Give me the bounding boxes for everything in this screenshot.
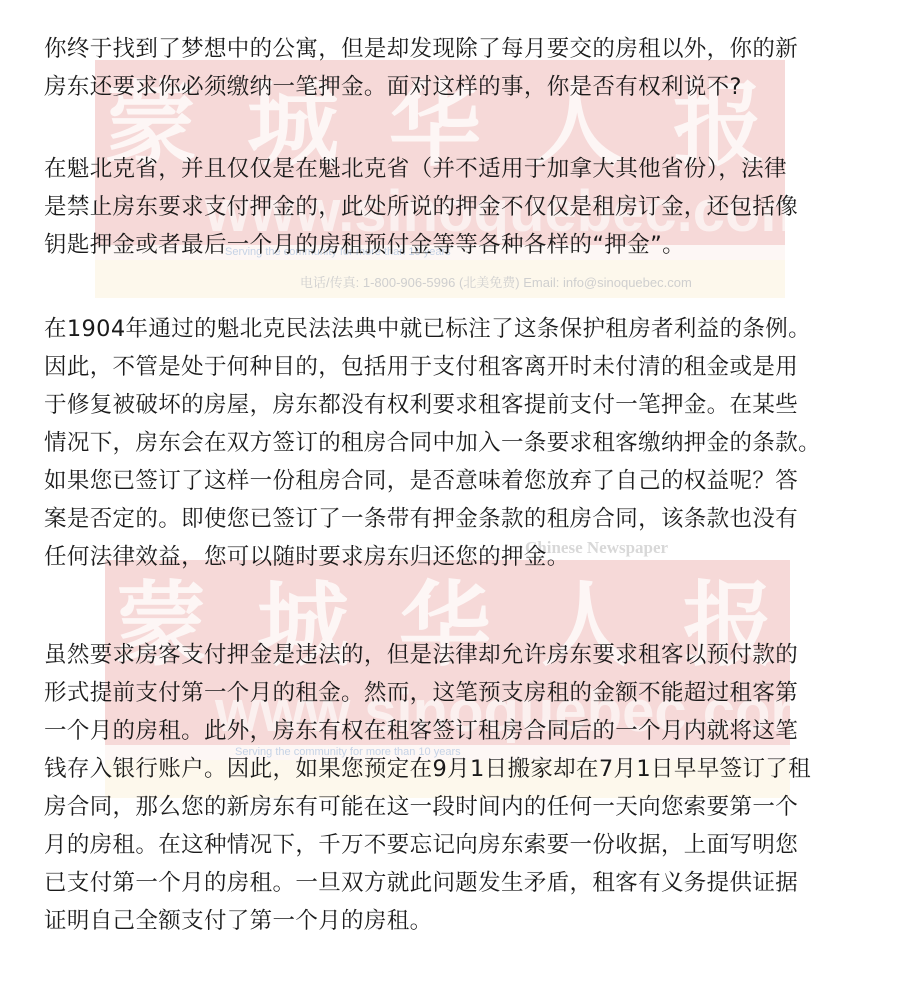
text-line: 虽然要求房客支付押金是违法的，但是法律却允许房东要求租客以预付款的 [44,636,811,674]
text-line: 月的房租。在这种情况下，千万不要忘记向房东索要一份收据，上面写明您 [44,826,811,864]
text-line: 房东还要求你必须缴纳一笔押金。面对这样的事，你是否有权利说不? [44,68,798,106]
text-line: 任何法律效益，您可以随时要求房东归还您的押金。 [44,538,821,576]
text-line: 形式提前支付第一个月的租金。然而，这笔预支房租的金额不能超过租客第 [44,674,811,712]
text-line: 于修复被破坏的房屋，房东都没有权利要求租客提前支付一笔押金。在某些 [44,386,821,424]
text-line: 房合同，那么您的新房东有可能在这一段时间内的任何一天向您索要第一个 [44,788,811,826]
text-line: 如果您已签订了这样一份租房合同，是否意味着您放弃了自己的权益呢？答 [44,462,821,500]
text-line: 在魁北克省，并且仅仅是在魁北克省（并不适用于加拿大其他省份），法律 [44,150,798,188]
text-line: 已支付第一个月的房租。一旦双方就此问题发生矛盾，租客有义务提供证据 [44,864,811,902]
text-line: 是禁止房东要求支付押金的，此处所说的押金不仅仅是租房订金，还包括像 [44,188,798,226]
text-line: 钱存入银行账户。因此，如果您预定在9月1日搬家却在7月1日早早签订了租 [44,750,811,788]
text-line: 因此，不管是处于何种目的，包括用于支付租客离开时未付清的租金或是用 [44,348,821,386]
text-line: 在1904年通过的魁北克民法法典中就已标注了这条保护租房者利益的条例。 [44,310,821,348]
text-line: 钥匙押金或者最后一个月的房租预付金等等各种各样的“押金”。 [44,226,798,264]
paragraph-intro: 你终于找到了梦想中的公寓，但是却发现除了每月要交的房租以外，你的新 房东还要求你… [44,30,798,106]
text-line: 你终于找到了梦想中的公寓，但是却发现除了每月要交的房租以外，你的新 [44,30,798,68]
watermark-contact: 电话/传真: 1-800-906-5996 (北美免费) Email: info… [300,272,692,291]
text-line: 案是否定的。即使您已签订了一条带有押金条款的租房合同，该条款也没有 [44,500,821,538]
text-line: 情况下，房东会在双方签订的租房合同中加入一条要求租客缴纳押金的条款。 [44,424,821,462]
paragraph-first-month-rent: 虽然要求房客支付押金是违法的，但是法律却允许房东要求租客以预付款的 形式提前支付… [44,636,811,940]
paragraph-civil-code: 在1904年通过的魁北克民法法典中就已标注了这条保护租房者利益的条例。 因此，不… [44,310,821,576]
text-line: 证明自己全额支付了第一个月的房租。 [44,902,811,940]
text-line: 一个月的房租。此外，房东有权在租客签订租房合同后的一个月内就将这笔 [44,712,811,750]
paragraph-quebec-law: 在魁北克省，并且仅仅是在魁北克省（并不适用于加拿大其他省份），法律 是禁止房东要… [44,150,798,264]
